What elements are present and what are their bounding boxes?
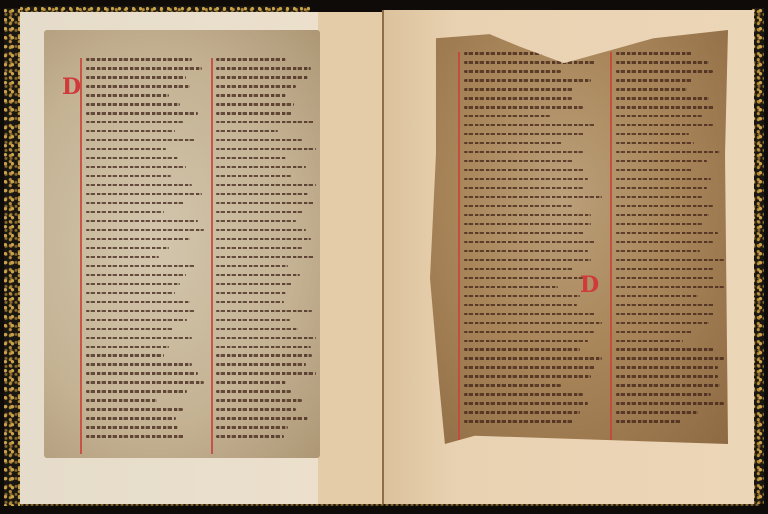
decorated-initial: D	[62, 76, 81, 98]
text-column	[86, 58, 204, 444]
text-column	[616, 52, 724, 429]
text-column	[216, 58, 316, 444]
red-ruling-line	[610, 52, 612, 440]
left-mount-inset	[318, 12, 382, 504]
manuscript-leaf-left: D	[44, 30, 320, 458]
text-column	[464, 52, 602, 429]
red-ruling-line	[80, 58, 82, 454]
red-ruling-line	[458, 52, 460, 440]
manuscript-leaf-right: D	[430, 30, 728, 444]
red-ruling-line	[211, 58, 213, 454]
book-gutter	[382, 10, 384, 504]
